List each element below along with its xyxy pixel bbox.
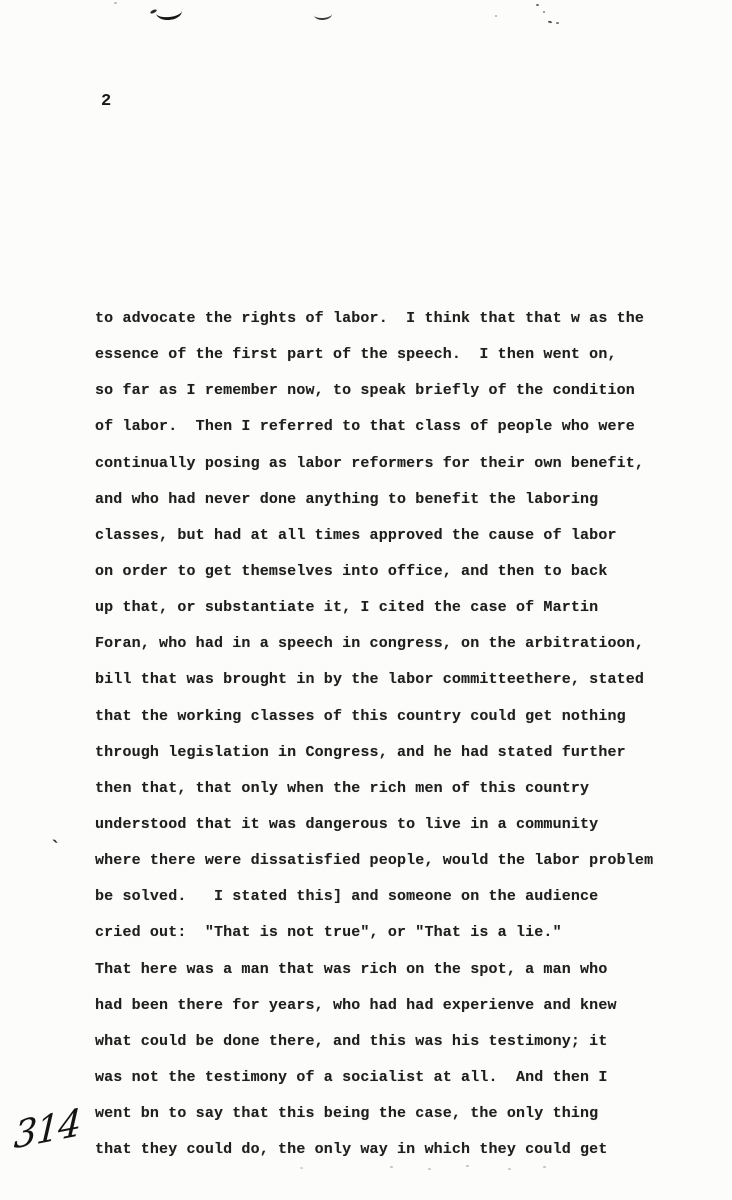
margin-mark: ` bbox=[46, 837, 61, 861]
text-line: so far as I remember now, to speak brief… bbox=[95, 373, 715, 409]
text-line: be solved. I stated this] and someone on… bbox=[95, 879, 715, 915]
text-line: classes, but had at all times approved t… bbox=[95, 518, 715, 554]
ink-speck bbox=[543, 1166, 546, 1168]
ink-speck bbox=[300, 1167, 303, 1169]
text-line: of labor. Then I referred to that class … bbox=[95, 409, 715, 445]
text-line: bill that was brought in by the labor co… bbox=[95, 662, 715, 698]
handwritten-page-number: 314 bbox=[13, 1100, 82, 1157]
ink-speck bbox=[543, 11, 545, 13]
text-line: Foran, who had in a speech in congress, … bbox=[95, 626, 715, 662]
ink-speck bbox=[495, 15, 497, 17]
text-line: to advocate the rights of labor. I think… bbox=[95, 301, 715, 337]
ink-speck bbox=[114, 2, 117, 4]
ink-smudge bbox=[314, 8, 333, 20]
text-line: and who had never done anything to benef… bbox=[95, 482, 715, 518]
text-line: what could be done there, and this was h… bbox=[95, 1024, 715, 1060]
text-line: cried out: "That is not true", or "That … bbox=[95, 915, 715, 951]
text-line: where there were dissatisfied people, wo… bbox=[95, 843, 715, 879]
text-line: up that, or substantiate it, I cited the… bbox=[95, 590, 715, 626]
ink-speck bbox=[536, 4, 539, 6]
typewritten-text: to advocate the rights of labor. I think… bbox=[95, 301, 715, 1168]
document-page: 2 ` to advocate the rights of labor. I t… bbox=[0, 0, 732, 1200]
text-line: that they could do, the only way in whic… bbox=[95, 1132, 715, 1168]
text-line: through legislation in Congress, and he … bbox=[95, 735, 715, 771]
text-line: was not the testimony of a socialist at … bbox=[95, 1060, 715, 1096]
page-number: 2 bbox=[101, 92, 111, 111]
text-line: understood that it was dangerous to live… bbox=[95, 807, 715, 843]
text-line: essence of the first part of the speech.… bbox=[95, 337, 715, 373]
ink-speck bbox=[508, 1168, 511, 1170]
ink-smudge bbox=[155, 3, 183, 22]
text-line: went bn to say that this being the case,… bbox=[95, 1096, 715, 1132]
text-line: on order to get themselves into office, … bbox=[95, 554, 715, 590]
text-line: had been there for years, who had had ex… bbox=[95, 988, 715, 1024]
text-line: then that, that only when the rich men o… bbox=[95, 771, 715, 807]
ink-speck bbox=[428, 1168, 431, 1170]
ink-speck bbox=[390, 1166, 393, 1168]
text-line: continually posing as labor reformers fo… bbox=[95, 446, 715, 482]
text-line: That here was a man that was rich on the… bbox=[95, 952, 715, 988]
ink-speck bbox=[556, 22, 559, 24]
ink-speck bbox=[466, 1165, 469, 1167]
text-line: that the working classes of this country… bbox=[95, 699, 715, 735]
ink-speck bbox=[548, 21, 552, 24]
